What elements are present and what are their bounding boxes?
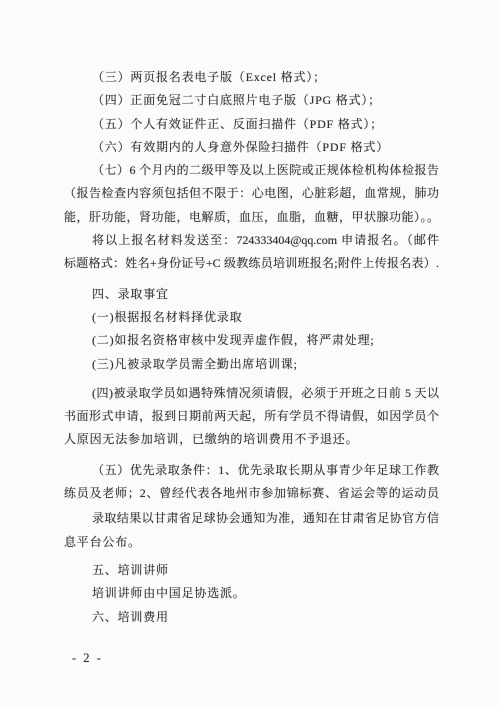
medical-report-detail-line-2: 能，肝功能，肾功能，电解质，血压，血脂，血糖，甲状腺功能）。。 xyxy=(64,206,439,229)
attachment-item-photo: （四）正面免冠二寸白底照片电子版（JPG 格式）； xyxy=(64,89,439,112)
medical-report-detail-line-1: （报告检查内容须包括但不限于：心电图，心脏彩超，血常规，肺功 xyxy=(64,182,439,205)
scanned-document-page: （三）两页报名表电子版（Excel 格式）； （四）正面免冠二寸白底照片电子版（… xyxy=(0,0,500,707)
enrollment-item-5-line-1: （五）优先录取条件：1、优先录取长期从事青少年足球工作教 xyxy=(64,459,439,482)
email-instruction-line-1: 将以上报名材料发送至：724333404@qq.com 申请报名。（邮件 xyxy=(64,229,439,252)
enrollment-item-1: (一)根据报名材料择优录取 xyxy=(64,306,439,329)
enrollment-item-2: (二)如报名资格审核中发现弄虚作假，将严肃处理; xyxy=(64,329,439,352)
email-instruction-line-2: 标题格式：姓名+身份证号+C 级教练员培训班报名;附件上传报名表）. xyxy=(64,252,439,275)
attachment-item-medical-report: （七）6 个月内的二级甲等及以上医院或正规体检机构体检报告 xyxy=(64,159,439,182)
enrollment-item-5-line-2: 练员及老师；2、曾经代表各地州市参加锦标赛、省运会等的运动员 xyxy=(64,482,439,505)
enrollment-item-4-line-3: 人原因无法参加培训，已缴纳的培训费用不予退还。 xyxy=(64,428,439,451)
section-5-heading: 五、培训讲师 xyxy=(64,559,439,582)
enrollment-item-3: (三)凡被录取学员需全勤出席培训课; xyxy=(64,353,439,376)
enrollment-result-line-1: 录取结果以甘肃省足球协会通知为准，通知在甘肃省足协官方信 xyxy=(64,507,439,530)
attachment-item-insurance: （六）有效期内的人身意外保险扫描件（PDF 格式） xyxy=(64,136,439,159)
enrollment-item-4-line-1: (四)被录取学员如遇特殊情况须请假，必须于开班之日前 5 天以 xyxy=(64,382,439,405)
document-body: （三）两页报名表电子版（Excel 格式）； （四）正面免冠二寸白底照片电子版（… xyxy=(64,66,439,629)
enrollment-item-4-line-2: 书面形式申请，报到日期前两天起，所有学员不得请假，如因学员个 xyxy=(64,405,439,428)
attachment-item-id-scan: （五）个人有效证件正、反面扫描件（PDF 格式）； xyxy=(64,113,439,136)
section-4-heading: 四、录取事宜 xyxy=(64,283,439,306)
attachment-item-excel: （三）两页报名表电子版（Excel 格式）； xyxy=(64,66,439,89)
page-number: - 2 - xyxy=(72,651,103,666)
section-5-body: 培训讲师由中国足协选派。 xyxy=(64,582,439,605)
enrollment-result-line-2: 息平台公布。 xyxy=(64,531,439,554)
section-6-heading: 六、培训费用 xyxy=(64,606,439,629)
